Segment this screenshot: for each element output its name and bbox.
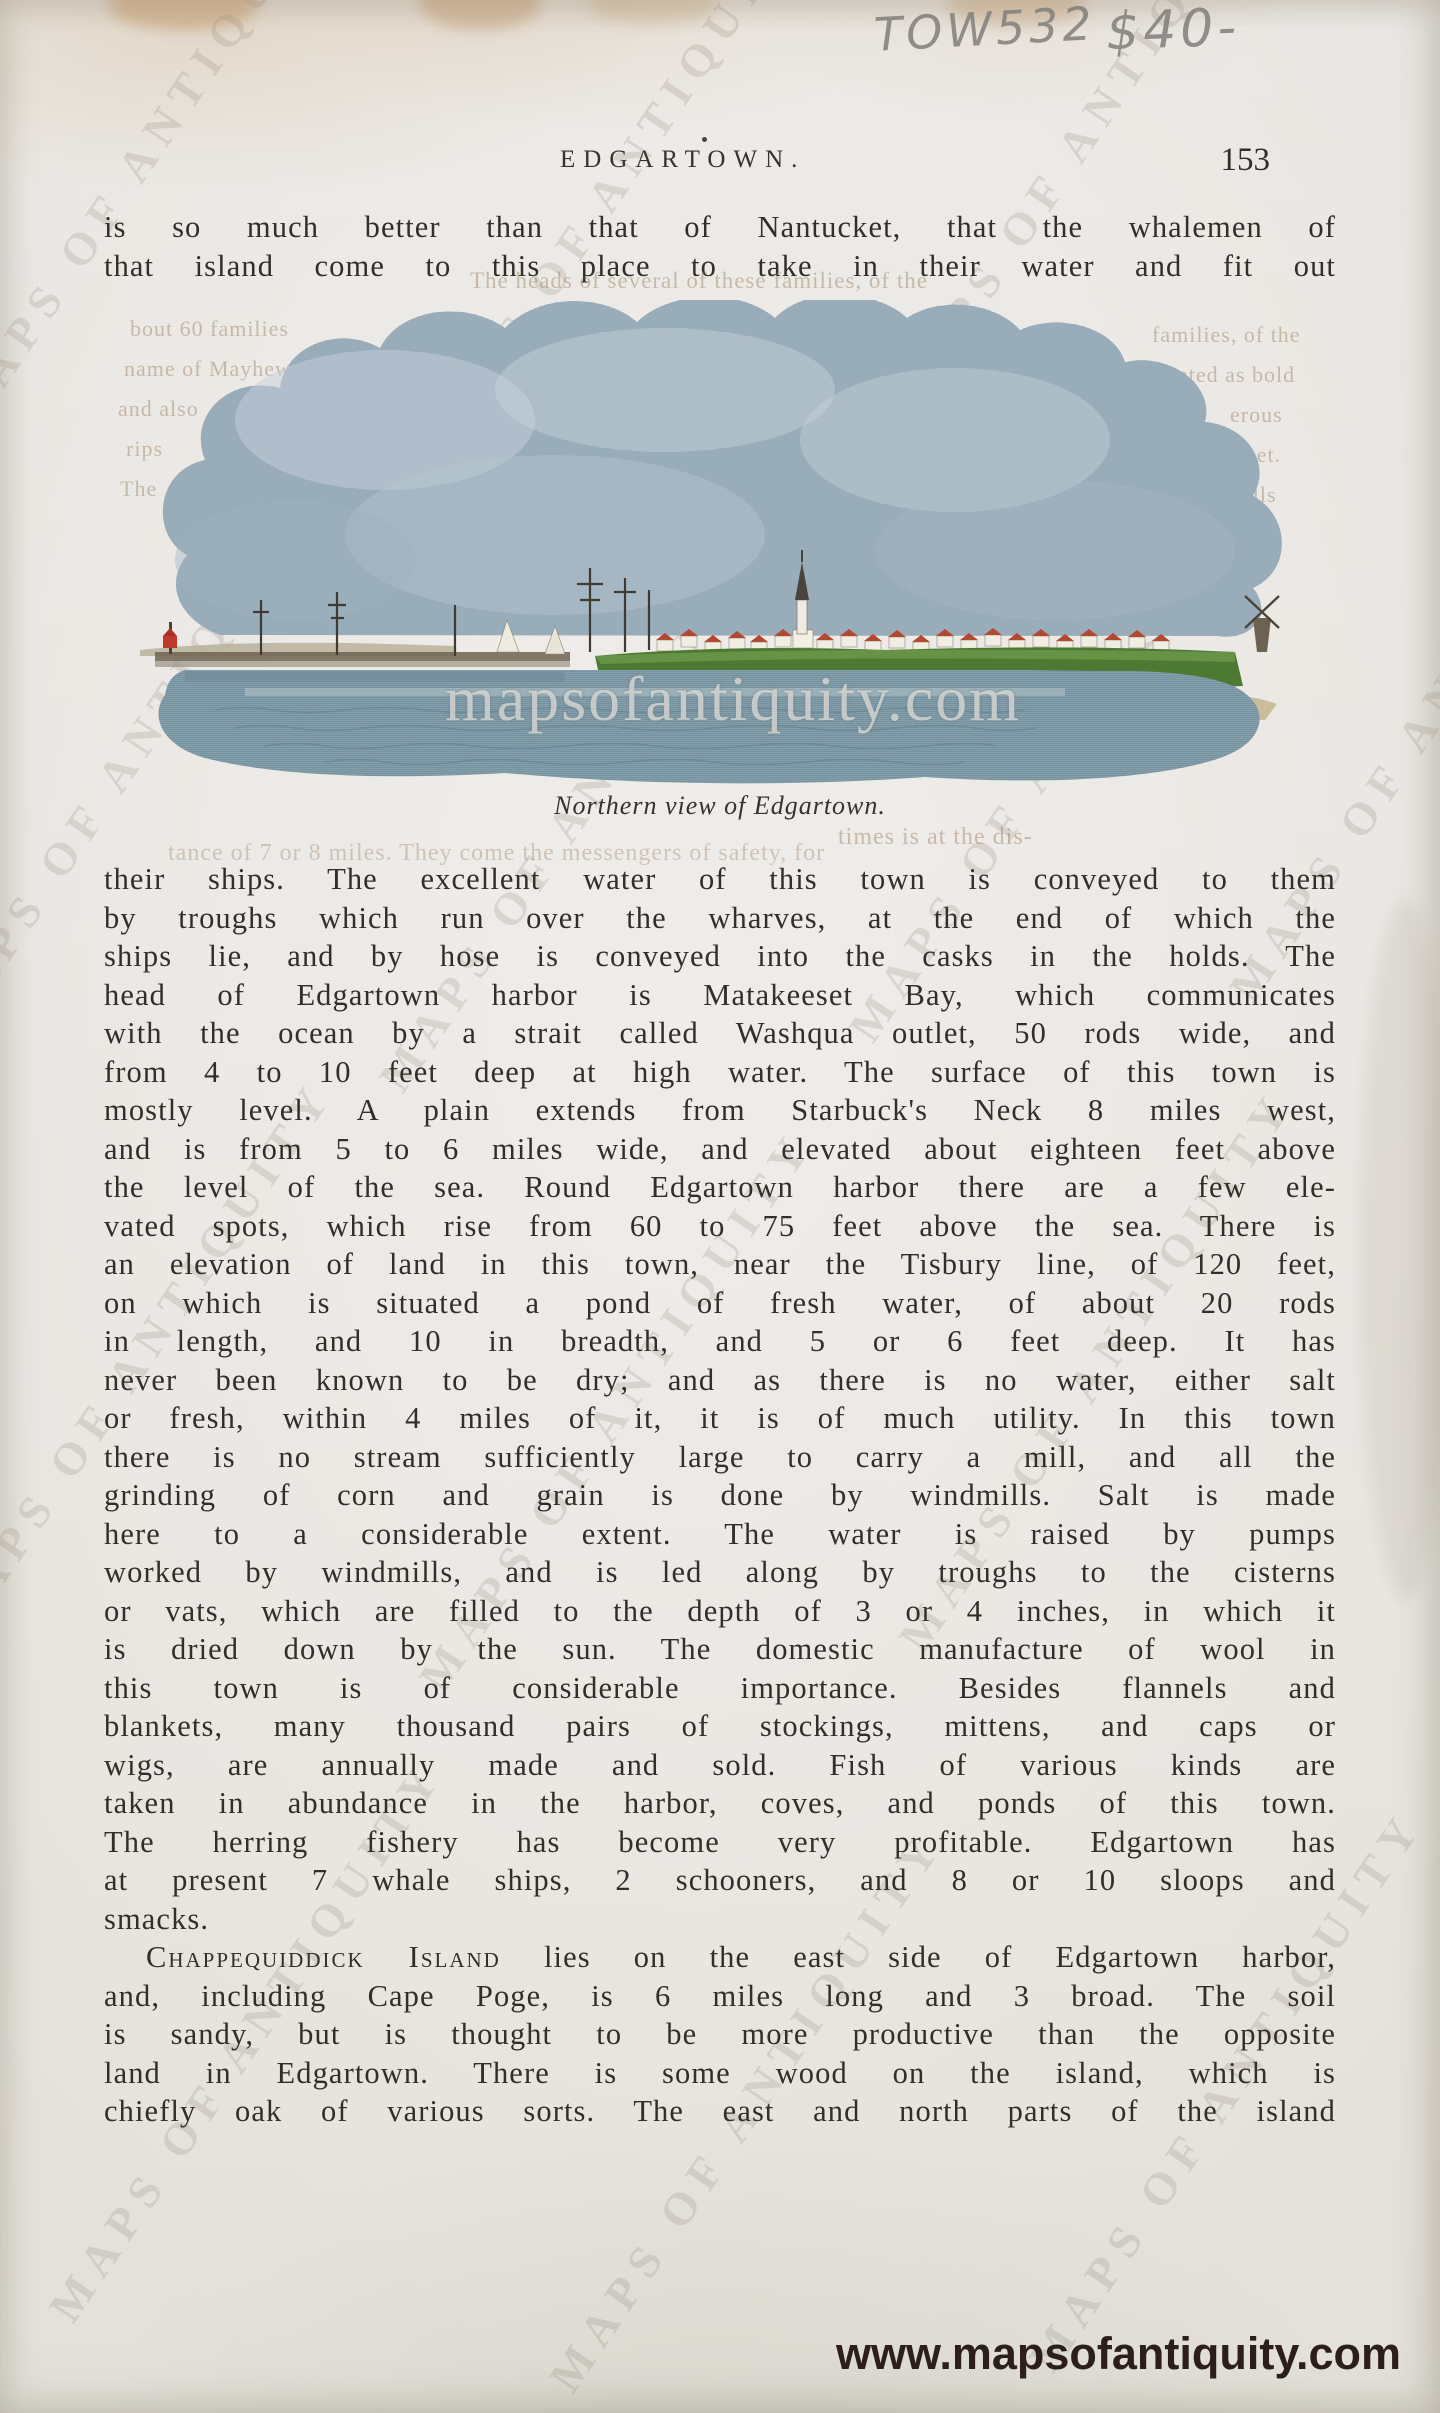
text-line: that island come to this place to take i… bbox=[104, 247, 1336, 286]
text-line: The herring fishery has become very prof… bbox=[104, 1823, 1336, 1862]
edgartown-engraving: mapsofantiquity.com bbox=[125, 300, 1310, 785]
text-line: wigs, are annually made and sold. Fish o… bbox=[104, 1746, 1336, 1785]
handwritten-price: $40- bbox=[1105, 0, 1241, 62]
show-through-text: times is at the dis- bbox=[838, 824, 1033, 851]
figure-caption: Northern view of Edgartown. bbox=[320, 791, 1120, 821]
text-line: from 4 to 10 feet deep at high water. Th… bbox=[104, 1053, 1336, 1092]
handwritten-inventory-code: TOW532 bbox=[873, 0, 1097, 62]
text-line: smacks. bbox=[104, 1900, 1336, 1939]
small-caps-lead: Chappequiddick Island bbox=[146, 1940, 501, 1974]
text-line: and is from 5 to 6 miles wide, and eleva… bbox=[104, 1130, 1336, 1169]
paper-stain bbox=[108, 0, 258, 30]
paper-stain bbox=[588, 0, 718, 24]
text-line: grinding of corn and grain is done by wi… bbox=[104, 1476, 1336, 1515]
text-line: chiefly oak of various sorts. The east a… bbox=[104, 2092, 1336, 2131]
text-line: is so much better than that of Nantucket… bbox=[104, 208, 1336, 247]
text-span: lies on the east side of Edgartown harbo… bbox=[501, 1940, 1336, 1974]
text-line: vated spots, which rise from 60 to 75 fe… bbox=[104, 1207, 1336, 1246]
text-line: ships lie, and by hose is conveyed into … bbox=[104, 937, 1336, 976]
text-line: at present 7 whale ships, 2 schooners, a… bbox=[104, 1861, 1336, 1900]
text-line: with the ocean by a strait called Washqu… bbox=[104, 1014, 1336, 1053]
text-line: by troughs which run over the wharves, a… bbox=[104, 899, 1336, 938]
text-line: in length, and 10 in breadth, and 5 or 6… bbox=[104, 1322, 1336, 1361]
text-line: here to a considerable extent. The water… bbox=[104, 1515, 1336, 1554]
intro-paragraph: is so much better than that of Nantucket… bbox=[104, 208, 1336, 285]
text-line: blankets, many thousand pairs of stockin… bbox=[104, 1707, 1336, 1746]
text-line: or vats, which are filled to the depth o… bbox=[104, 1592, 1336, 1631]
page-number: 153 bbox=[1185, 142, 1270, 179]
engraving-art bbox=[125, 300, 1310, 785]
text-line: there is no stream sufficiently large to… bbox=[104, 1438, 1336, 1477]
paper-stain bbox=[420, 0, 540, 30]
scanned-page: MAPS OF ANTIQUITY MAPS OF ANTIQUITY MAPS… bbox=[0, 0, 1440, 2413]
text-line: worked by windmills, and is led along by… bbox=[104, 1553, 1336, 1592]
text-line: an elevation of land in this town, near … bbox=[104, 1245, 1336, 1284]
text-line: head of Edgartown harbor is Matakeeset B… bbox=[104, 976, 1336, 1015]
text-line: on which is situated a pond of fresh wat… bbox=[104, 1284, 1336, 1323]
text-line: taken in abundance in the harbor, coves,… bbox=[104, 1784, 1336, 1823]
text-line: is dried down by the sun. The domestic m… bbox=[104, 1630, 1336, 1669]
body-text: their ships. The excellent water of this… bbox=[104, 860, 1336, 2131]
text-line: is sandy, but is thought to be more prod… bbox=[104, 2015, 1336, 2054]
text-line: never been known to be dry; and as there… bbox=[104, 1361, 1336, 1400]
text-line: land in Edgartown. There is some wood on… bbox=[104, 2054, 1336, 2093]
paper-stain bbox=[1360, 900, 1440, 1600]
running-header: EDGARTOWN. bbox=[560, 146, 760, 174]
text-line: their ships. The excellent water of this… bbox=[104, 860, 1336, 899]
paper-speck bbox=[702, 137, 707, 142]
text-line: mostly level. A plain extends from Starb… bbox=[104, 1091, 1336, 1130]
text-line: the level of the sea. Round Edgartown ha… bbox=[104, 1168, 1336, 1207]
text-line: or fresh, within 4 miles of it, it is of… bbox=[104, 1399, 1336, 1438]
text-line: Chappequiddick Island lies on the east s… bbox=[104, 1938, 1336, 1977]
site-watermark-url: www.mapsofantiquity.com bbox=[836, 2328, 1306, 2380]
text-line: this town is of considerable importance.… bbox=[104, 1669, 1336, 1708]
text-line: and, including Cape Poge, is 6 miles lon… bbox=[104, 1977, 1336, 2016]
